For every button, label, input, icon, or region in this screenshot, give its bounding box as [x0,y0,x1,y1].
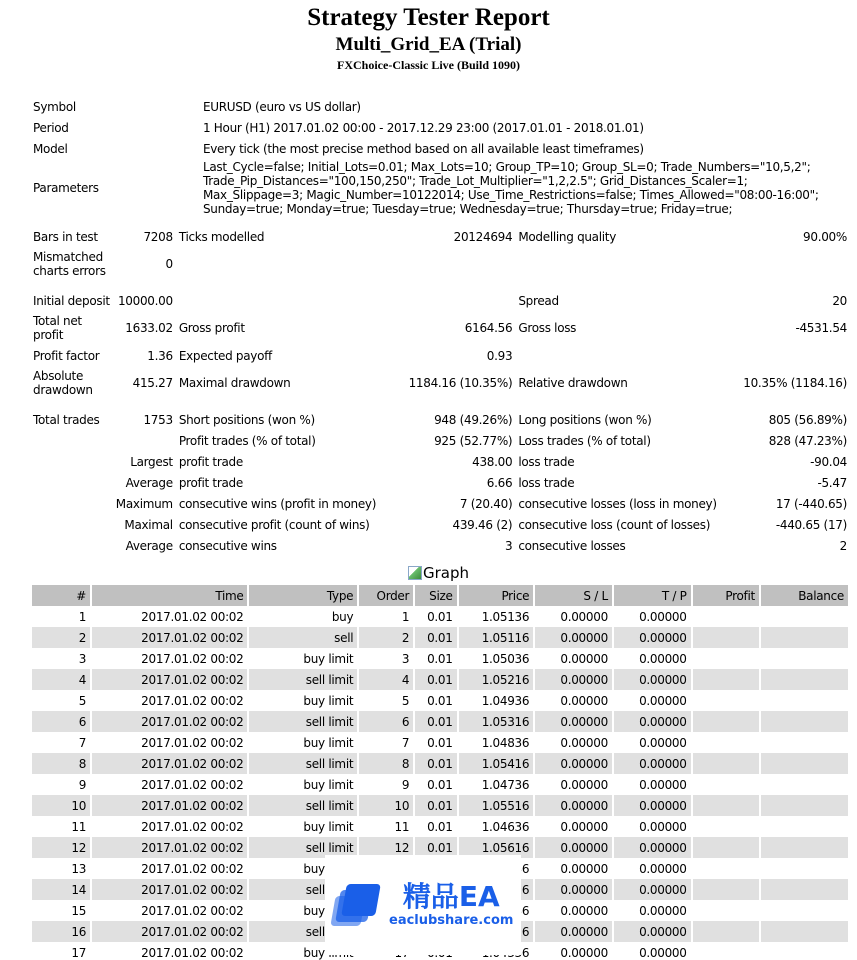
cell-index: 1 [32,606,90,627]
avg-cons-wins-label: consecutive wins [176,535,406,556]
average-profit-label: profit trade [176,472,406,493]
short-label: Short positions (won %) [176,409,406,430]
graph-image: Graph [408,564,469,582]
cell-balance [761,606,848,627]
quality-label: Modelling quality [515,226,725,247]
cell-take-profit: 0.00000 [614,753,691,774]
cell-order: 3 [359,648,413,669]
table-row: 62017.01.02 00:02sell limit60.011.053160… [32,711,848,732]
column-header-index: # [32,585,90,606]
cell-take-profit: 0.00000 [614,711,691,732]
cell-price: 1.04736 [459,774,534,795]
cell-type: buy limit [249,690,357,711]
cell-profit [693,921,759,942]
cell-take-profit: 0.00000 [614,732,691,753]
column-header-time: Time [92,585,247,606]
cell-stop-loss: 0.00000 [535,795,612,816]
table-row: 102017.01.02 00:02sell limit100.011.0551… [32,795,848,816]
cell-stop-loss: 0.00000 [535,816,612,837]
graph-alt-text: Graph [423,564,469,582]
column-header-take-profit: T / P [614,585,691,606]
cell-time: 2017.01.02 00:02 [92,858,247,879]
cell-time: 2017.01.02 00:02 [92,879,247,900]
watermark: 精品EA eaclubshare.com [325,855,521,955]
cell-take-profit: 0.00000 [614,879,691,900]
gross-profit-value: 6164.56 [405,311,515,345]
cell-index: 7 [32,732,90,753]
max-drawdown-value: 1184.16 (10.35%) [405,366,515,400]
symbol-value: EURUSD (euro vs US dollar) [115,96,850,117]
cell-index: 2 [32,627,90,648]
cell-price: 1.05036 [459,648,534,669]
period-label: Period [30,117,115,138]
gross-profit-label: Gross profit [176,311,406,345]
report-header: Strategy Tester Report Multi_Grid_EA (Tr… [0,3,857,73]
avg-cons-losses-value: 2 [725,535,850,556]
expert-name: Multi_Grid_EA (Trial) [0,33,857,57]
maximal-row: Maximal consecutive profit (count of win… [30,514,850,535]
table-row: 22017.01.02 00:02sell20.011.051160.00000… [32,627,848,648]
trades-header-row: #TimeTypeOrderSizePriceS / LT / PProfitB… [32,585,848,606]
cell-take-profit: 0.00000 [614,858,691,879]
cell-take-profit: 0.00000 [614,669,691,690]
cell-type: sell limit [249,669,357,690]
avg-cons-losses-label: consecutive losses [515,535,725,556]
cell-order: 8 [359,753,413,774]
cell-profit [693,753,759,774]
cell-order: 5 [359,690,413,711]
table-row: 12017.01.02 00:02buy10.011.051360.000000… [32,606,848,627]
cell-price: 1.05516 [459,795,534,816]
cell-size: 0.01 [415,732,456,753]
cell-type: buy limit [249,732,357,753]
cell-stop-loss: 0.00000 [535,942,612,960]
table-row: 112017.01.02 00:02buy limit110.011.04636… [32,816,848,837]
cell-index: 8 [32,753,90,774]
maximal-cons-loss-value: -440.65 (17) [725,514,850,535]
cell-stop-loss: 0.00000 [535,627,612,648]
parameters-row: Parameters Last_Cycle=false; Initial_Lot… [30,159,850,217]
cell-balance [761,753,848,774]
cell-profit [693,879,759,900]
maximal-cons-profit-value: 439.46 (2) [405,514,515,535]
cell-balance [761,942,848,960]
cell-time: 2017.01.02 00:02 [92,795,247,816]
cell-size: 0.01 [415,669,456,690]
column-header-balance: Balance [761,585,848,606]
cell-index: 16 [32,921,90,942]
quality-value: 90.00% [725,226,850,247]
cell-price: 1.05136 [459,606,534,627]
column-header-order: Order [359,585,413,606]
cell-balance [761,711,848,732]
cell-size: 0.01 [415,795,456,816]
largest-profit-label: profit trade [176,451,406,472]
cell-index: 9 [32,774,90,795]
report-title: Strategy Tester Report [0,3,857,33]
max-cons-wins-label: consecutive wins (profit in money) [176,493,406,514]
watermark-url: eaclubshare.com [389,913,513,929]
table-row: 92017.01.02 00:02buy limit90.011.047360.… [32,774,848,795]
ticks-label: Ticks modelled [176,226,406,247]
period-value: 1 Hour (H1) 2017.01.02 00:00 - 2017.12.2… [115,117,850,138]
cell-profit [693,816,759,837]
table-row: 82017.01.02 00:02sell limit80.011.054160… [32,753,848,774]
symbol-label: Symbol [30,96,115,117]
model-value: Every tick (the most precise method base… [115,138,850,159]
cell-profit [693,858,759,879]
cell-index: 17 [32,942,90,960]
cell-type: sell [249,627,357,648]
cell-size: 0.01 [415,774,456,795]
cell-profit [693,942,759,960]
max-cons-losses-label: consecutive losses (loss in money) [515,493,725,514]
cell-type: buy limit [249,648,357,669]
average-loss-label: loss trade [515,472,725,493]
cell-type: sell limit [249,711,357,732]
rel-drawdown-value: 10.35% (1184.16) [725,366,850,400]
largest-row: Largest profit trade 438.00 loss trade -… [30,451,850,472]
cell-profit [693,732,759,753]
loss-trades-value: 828 (47.23%) [725,430,850,451]
profit-trades-value: 925 (52.77%) [405,430,515,451]
loss-trades-label: Loss trades (% of total) [515,430,725,451]
cell-time: 2017.01.02 00:02 [92,732,247,753]
cell-balance [761,879,848,900]
mismatch-value: 0 [115,247,176,281]
cell-size: 0.01 [415,648,456,669]
cell-balance [761,858,848,879]
max-drawdown-label: Maximal drawdown [176,366,406,400]
long-value: 805 (56.89%) [725,409,850,430]
cell-time: 2017.01.02 00:02 [92,711,247,732]
profit-factor-label: Profit factor [30,345,115,366]
cell-time: 2017.01.02 00:02 [92,942,247,960]
maximal-cons-profit-label: consecutive profit (count of wins) [176,514,406,535]
table-row: 72017.01.02 00:02buy limit70.011.048360.… [32,732,848,753]
cell-stop-loss: 0.00000 [535,648,612,669]
cell-order: 2 [359,627,413,648]
cell-take-profit: 0.00000 [614,690,691,711]
profit-trades-label: Profit trades (% of total) [176,430,406,451]
column-header-stop-loss: S / L [535,585,612,606]
largest-profit-value: 438.00 [405,451,515,472]
deposit-value: 10000.00 [115,290,176,311]
cell-time: 2017.01.02 00:02 [92,774,247,795]
average-consecutive-row: Average consecutive wins 3 consecutive l… [30,535,850,556]
cell-time: 2017.01.02 00:02 [92,837,247,858]
cell-stop-loss: 0.00000 [535,858,612,879]
cell-index: 12 [32,837,90,858]
maximum-label: Maximum [30,493,176,514]
cell-index: 5 [32,690,90,711]
parameters-label: Parameters [30,159,115,217]
cell-profit [693,606,759,627]
cell-size: 0.01 [415,753,456,774]
cell-order: 11 [359,816,413,837]
average-profit-value: 6.66 [405,472,515,493]
long-label: Long positions (won %) [515,409,725,430]
mismatch-label: Mismatched charts errors [30,247,115,281]
cell-stop-loss: 0.00000 [535,690,612,711]
expected-payoff-label: Expected payoff [176,345,406,366]
cell-price: 1.04636 [459,816,534,837]
cell-stop-loss: 0.00000 [535,900,612,921]
profit-trades-row: Profit trades (% of total) 925 (52.77%) … [30,430,850,451]
cell-take-profit: 0.00000 [614,942,691,960]
cell-stop-loss: 0.00000 [535,753,612,774]
cell-profit [693,690,759,711]
cell-take-profit: 0.00000 [614,606,691,627]
gross-loss-value: -4531.54 [725,311,850,345]
cell-size: 0.01 [415,627,456,648]
rel-drawdown-label: Relative drawdown [515,366,725,400]
cell-size: 0.01 [415,606,456,627]
cell-order: 4 [359,669,413,690]
cell-stop-loss: 0.00000 [535,774,612,795]
cell-time: 2017.01.02 00:02 [92,627,247,648]
deposit-row: Initial deposit 10000.00 Spread 20 [30,290,850,311]
cell-balance [761,690,848,711]
cell-order: 1 [359,606,413,627]
cell-profit [693,711,759,732]
summary-table: Symbol EURUSD (euro vs US dollar) Period… [30,96,850,556]
average-row: Average profit trade 6.66 loss trade -5.… [30,472,850,493]
cell-balance [761,837,848,858]
cell-index: 3 [32,648,90,669]
cell-stop-loss: 0.00000 [535,921,612,942]
cell-index: 10 [32,795,90,816]
net-profit-value: 1633.02 [115,311,176,345]
cell-order: 7 [359,732,413,753]
cell-balance [761,900,848,921]
cell-order: 6 [359,711,413,732]
bars-value: 7208 [115,226,176,247]
column-header-price: Price [459,585,534,606]
cell-price: 1.05116 [459,627,534,648]
cell-balance [761,732,848,753]
profit-factor-row: Profit factor 1.36 Expected payoff 0.93 [30,345,850,366]
net-profit-label: Total net profit [30,311,115,345]
cell-take-profit: 0.00000 [614,816,691,837]
average-label: Average [30,472,176,493]
cell-profit [693,669,759,690]
cell-type: buy [249,606,357,627]
cell-balance [761,816,848,837]
total-trades-row: Total trades 1753 Short positions (won %… [30,409,850,430]
cell-time: 2017.01.02 00:02 [92,816,247,837]
max-cons-wins-value: 7 (20.40) [405,493,515,514]
average-loss-value: -5.47 [725,472,850,493]
cell-index: 15 [32,900,90,921]
profit-factor-value: 1.36 [115,345,176,366]
largest-loss-label: loss trade [515,451,725,472]
spread-label: Spread [515,290,725,311]
cell-index: 13 [32,858,90,879]
cell-size: 0.01 [415,711,456,732]
cell-balance [761,648,848,669]
total-trades-value: 1753 [115,409,176,430]
cell-time: 2017.01.02 00:02 [92,648,247,669]
abs-drawdown-value: 415.27 [115,366,176,400]
model-row: Model Every tick (the most precise metho… [30,138,850,159]
cell-stop-loss: 0.00000 [535,837,612,858]
table-row: 52017.01.02 00:02buy limit50.011.049360.… [32,690,848,711]
cell-index: 14 [32,879,90,900]
cell-time: 2017.01.02 00:02 [92,921,247,942]
column-header-size: Size [415,585,456,606]
cell-order: 10 [359,795,413,816]
column-header-type: Type [249,585,357,606]
cell-price: 1.05416 [459,753,534,774]
cell-stop-loss: 0.00000 [535,669,612,690]
drawdown-row: Absolute drawdown 415.27 Maximal drawdow… [30,366,850,400]
parameters-value: Last_Cycle=false; Initial_Lots=0.01; Max… [115,159,850,217]
cell-balance [761,627,848,648]
bars-row: Bars in test 7208 Ticks modelled 2012469… [30,226,850,247]
cell-size: 0.01 [415,816,456,837]
cell-index: 4 [32,669,90,690]
cell-profit [693,900,759,921]
cell-take-profit: 0.00000 [614,900,691,921]
cell-balance [761,669,848,690]
cell-balance [761,795,848,816]
symbol-row: Symbol EURUSD (euro vs US dollar) [30,96,850,117]
bars-label: Bars in test [30,226,115,247]
cell-take-profit: 0.00000 [614,648,691,669]
cell-profit [693,627,759,648]
cell-time: 2017.01.02 00:02 [92,690,247,711]
cell-balance [761,921,848,942]
cell-profit [693,774,759,795]
cell-type: sell limit [249,753,357,774]
cell-stop-loss: 0.00000 [535,732,612,753]
cell-time: 2017.01.02 00:02 [92,900,247,921]
cell-take-profit: 0.00000 [614,921,691,942]
cell-profit [693,795,759,816]
total-trades-label: Total trades [30,409,115,430]
largest-loss-value: -90.04 [725,451,850,472]
avg-cons-wins-value: 3 [405,535,515,556]
cell-type: sell limit [249,795,357,816]
cell-take-profit: 0.00000 [614,774,691,795]
cell-profit [693,648,759,669]
cell-stop-loss: 0.00000 [535,606,612,627]
model-label: Model [30,138,115,159]
cell-price: 1.04836 [459,732,534,753]
abs-drawdown-label: Absolute drawdown [30,366,115,400]
cell-price: 1.04936 [459,690,534,711]
max-cons-losses-value: 17 (-440.65) [725,493,850,514]
table-row: 32017.01.02 00:02buy limit30.011.050360.… [32,648,848,669]
cell-size: 0.01 [415,690,456,711]
gross-loss-label: Gross loss [515,311,725,345]
cell-time: 2017.01.02 00:02 [92,606,247,627]
expected-payoff-value: 0.93 [405,345,515,366]
cell-time: 2017.01.02 00:02 [92,669,247,690]
cell-index: 6 [32,711,90,732]
spread-value: 20 [725,290,850,311]
mismatch-row: Mismatched charts errors 0 [30,247,850,281]
cell-take-profit: 0.00000 [614,627,691,648]
broken-image-icon [408,566,422,580]
cell-index: 11 [32,816,90,837]
maximal-label: Maximal [30,514,176,535]
cell-price: 1.05316 [459,711,534,732]
cell-type: buy limit [249,774,357,795]
largest-label: Largest [30,451,176,472]
cell-balance [761,774,848,795]
server-name: FXChoice-Classic Live (Build 1090) [0,57,857,73]
cell-take-profit: 0.00000 [614,795,691,816]
net-profit-row: Total net profit 1633.02 Gross profit 61… [30,311,850,345]
table-row: 42017.01.02 00:02sell limit40.011.052160… [32,669,848,690]
cell-stop-loss: 0.00000 [535,879,612,900]
deposit-label: Initial deposit [30,290,115,311]
watermark-brand: 精品EA [389,881,513,913]
cell-time: 2017.01.02 00:02 [92,753,247,774]
cell-stop-loss: 0.00000 [535,711,612,732]
maximal-cons-loss-label: consecutive loss (count of losses) [515,514,725,535]
average2-label: Average [30,535,176,556]
ticks-value: 20124694 [405,226,515,247]
short-value: 948 (49.26%) [405,409,515,430]
column-header-profit: Profit [693,585,759,606]
books-logo-icon [333,882,379,928]
cell-price: 1.05216 [459,669,534,690]
cell-take-profit: 0.00000 [614,837,691,858]
cell-profit [693,837,759,858]
cell-order: 9 [359,774,413,795]
cell-type: buy limit [249,816,357,837]
period-row: Period 1 Hour (H1) 2017.01.02 00:00 - 20… [30,117,850,138]
maximum-row: Maximum consecutive wins (profit in mone… [30,493,850,514]
